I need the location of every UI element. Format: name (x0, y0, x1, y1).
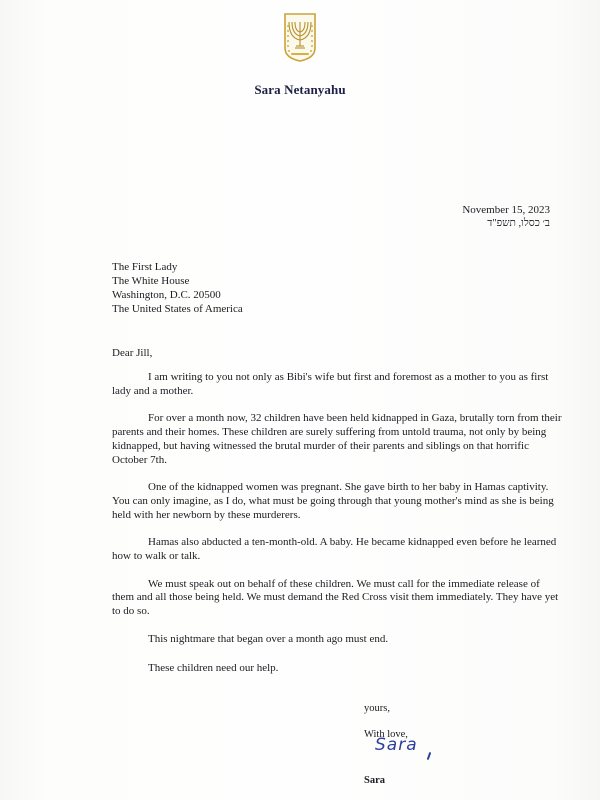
salutation: Dear Jill, (112, 347, 152, 359)
letter-body: I am writing to you not only as Bibi's w… (112, 371, 562, 690)
printed-name: Sara (364, 775, 385, 786)
address-line: The United States of America (112, 302, 243, 316)
date-block: November 15, 2023 ב׳ כסלו, תשפ"ד (462, 203, 550, 231)
paragraph: I am writing to you not only as Bibi's w… (112, 371, 562, 398)
date-hebrew: ב׳ כסלו, תשפ"ד (462, 217, 550, 231)
closing-line: yours, (364, 702, 408, 715)
handwritten-signature: Sara (375, 735, 418, 755)
paragraph: We must speak out on behalf of these chi… (112, 578, 562, 619)
paragraph: This nightmare that began over a month a… (112, 633, 562, 647)
date-gregorian: November 15, 2023 (462, 203, 550, 217)
letter-page: Sara Netanyahu November 15, 2023 ב׳ כסלו… (0, 0, 600, 800)
paragraph: These children need our help. (112, 662, 562, 676)
address-line: The White House (112, 274, 243, 288)
recipient-address: The First Lady The White House Washingto… (112, 260, 243, 316)
letterhead-name: Sara Netanyahu (0, 82, 600, 98)
address-line: The First Lady (112, 260, 243, 274)
paragraph: Hamas also abducted a ten-month-old. A b… (112, 536, 562, 563)
signature-flourish (427, 752, 432, 760)
paragraph: For over a month now, 32 children have b… (112, 412, 562, 467)
address-line: Washington, D.C. 20500 (112, 288, 243, 302)
paragraph: One of the kidnapped women was pregnant.… (112, 481, 562, 522)
israel-emblem-menorah-icon (283, 12, 317, 62)
